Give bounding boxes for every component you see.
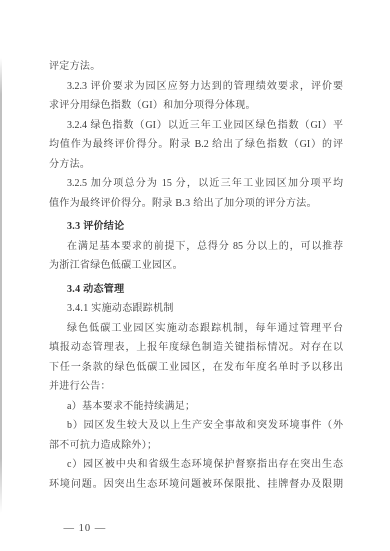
text-line: 填报动态管理表，上报年度绿色制造关键指标情况。对存在以 <box>49 338 343 358</box>
text-line: 3.4.1 实施动态跟踪机制 <box>49 299 343 319</box>
text-line: 绿色低碳工业园区实施动态跟踪机制，每年通过管理平台 <box>49 319 343 339</box>
page-number: — 10 — <box>64 523 107 534</box>
text-line: c）园区被中央和省级生态环境保护督察指出存在突出生态 <box>49 455 343 475</box>
text-line: 并进行公告： <box>49 377 343 397</box>
text-line: a）基本要求不能持续满足； <box>49 397 343 417</box>
page-footer: — 10 — <box>49 499 106 551</box>
text-line: 为浙江省绿色低碳工业园区。 <box>49 256 343 276</box>
section-heading: 3.3 评价结论 <box>49 217 343 237</box>
text-line: 均值作为最终评价得分。附录 B.2 给出了绿色指数（GI）的评 <box>49 135 343 155</box>
text-line: 下任一条款的绿色低碳工业园区，在发布年度名单时予以移出 <box>49 358 343 378</box>
section-heading: 3.4 动态管理 <box>49 280 343 300</box>
text-line: 分方法。 <box>49 155 343 175</box>
text-line: 3.2.3 评价要求为园区应努力达到的管理绩效要求，评价要 <box>49 77 343 97</box>
text-line: 部不可抗力造成除外）； <box>49 436 343 456</box>
document-page: 评定方法。3.2.3 评价要求为园区应努力达到的管理绩效要求，评价要求评分用绿色… <box>0 0 390 551</box>
text-line: 评定方法。 <box>49 57 343 77</box>
scan-edge-artifact <box>0 58 2 513</box>
text-line: 求评分用绿色指数（GI）和加分项得分体现。 <box>49 96 343 116</box>
text-line: 3.2.4 绿色指数（GI）以近三年工业园区绿色指数（GI）平 <box>49 116 343 136</box>
text-line: 值作为最终评价得分。附录 B.3 给出了加分项的评分方法。 <box>49 194 343 214</box>
text-line: b）园区发生较大及以上生产安全事故和突发环境事件（外 <box>49 416 343 436</box>
text-line: 3.2.5 加分项总分为 15 分，以近三年工业园区加分项平均 <box>49 174 343 194</box>
text-line: 环境问题。因突出生态环境问题被环保限批、挂牌督办及限期 <box>49 475 343 495</box>
document-body: 评定方法。3.2.3 评价要求为园区应努力达到的管理绩效要求，评价要求评分用绿色… <box>49 57 343 494</box>
text-line: 在满足基本要求的前提下，总得分 85 分以上的，可以推荐 <box>49 237 343 257</box>
